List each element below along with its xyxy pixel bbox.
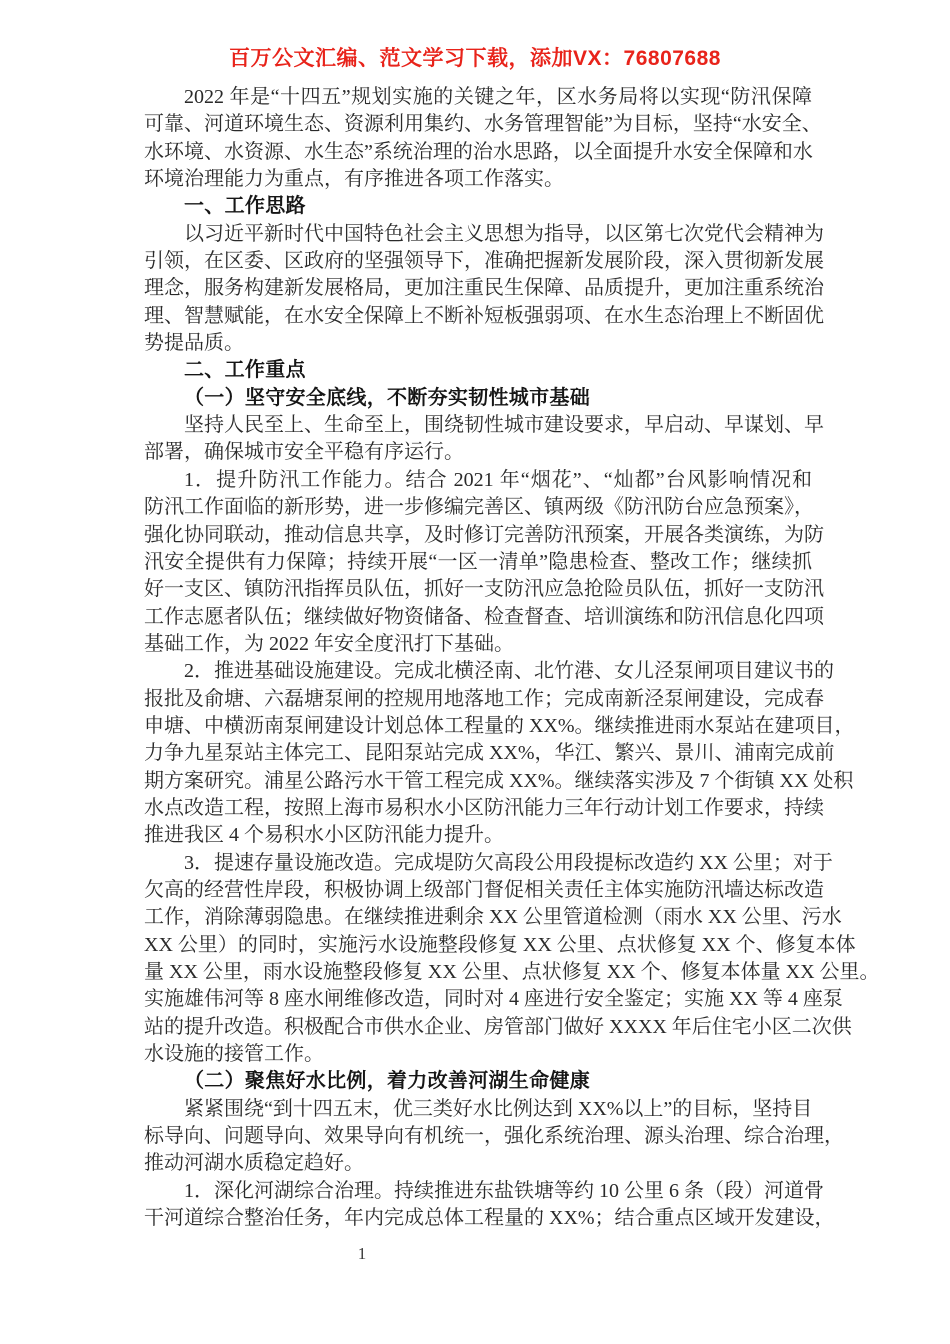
body-line: 紧紧围绕“到十四五末，优三类好水比例达到 XX%以上”的目标，坚持目 [144, 1096, 812, 1123]
heading-line: （二）聚焦好水比例，着力改善河湖生命健康 [144, 1068, 812, 1095]
body-line: 推动河湖水质稳定趋好。 [144, 1150, 812, 1177]
body-line: 部署，确保城市安全平稳有序运行。 [144, 439, 812, 466]
body-line: 以习近平新时代中国特色社会主义思想为指导，以区第七次党代会精神为 [144, 221, 812, 248]
body-line: 环境治理能力为重点，有序推进各项工作落实。 [144, 166, 812, 193]
body-line: 推进我区 4 个易积水小区防汛能力提升。 [144, 822, 812, 849]
document-page: 百万公文汇编、范文学习下载，添加VX：76807688 2022 年是“十四五”… [0, 0, 950, 1344]
body-line: 强化协同联动，推动信息共享，及时修订完善防汛预案，开展各类演练，为防 [144, 522, 812, 549]
body-line: 水点改造工程，按照上海市易积水小区防汛能力三年行动计划工作要求，持续 [144, 795, 812, 822]
body-line: 势提品质。 [144, 330, 812, 357]
body-line: 标导向、问题导向、效果导向有机统一，强化系统治理、源头治理、综合治理， [144, 1123, 812, 1150]
body-line: 量 XX 公里，雨水设施整段修复 XX 公里、点状修复 XX 个、修复本体量 X… [144, 959, 812, 986]
heading-line: （一）坚守安全底线，不断夯实韧性城市基础 [144, 385, 812, 412]
body-line: 1．深化河湖综合治理。持续推进东盐铁塘等约 10 公里 6 条（段）河道骨 [144, 1178, 812, 1205]
body-line: 站的提升改造。积极配合市供水企业、房管部门做好 XXXX 年后住宅小区二次供 [144, 1014, 812, 1041]
body-line: 防汛工作面临的新形势，进一步修编完善区、镇两级《防汛防台应急预案》， [144, 494, 812, 521]
body-line: 干河道综合整治任务，年内完成总体工程量的 XX%；结合重点区域开发建设， [144, 1205, 812, 1232]
body-line: 理念，服务构建新发展格局，更加注重民生保障、品质提升，更加注重系统治 [144, 275, 812, 302]
body-line: 2．推进基础设施建设。完成北横泾南、北竹港、女儿泾泵闸项目建议书的 [144, 658, 812, 685]
body-line: 水环境、水资源、水生态”系统治理的治水思路，以全面提升水安全保障和水 [144, 139, 812, 166]
body-line: 欠高的经营性岸段，积极协调上级部门督促相关责任主体实施防汛墙达标改造 [144, 877, 812, 904]
page-number: 1 [350, 1244, 374, 1264]
body-line: 工作，消除薄弱隐患。在继续推进剩余 XX 公里管道检测（雨水 XX 公里、污水 [144, 904, 812, 931]
body-line: 工作志愿者队伍；继续做好物资储备、检查督查、培训演练和防汛信息化四项 [144, 604, 812, 631]
body-line: 水设施的接管工作。 [144, 1041, 812, 1068]
body-line: 汛安全提供有力保障；持续开展“一区一清单”隐患检查、整改工作；继续抓 [144, 549, 812, 576]
heading-line: 二、工作重点 [144, 357, 812, 384]
body-line: 引领，在区委、区政府的坚强领导下，准确把握新发展阶段，深入贯彻新发展 [144, 248, 812, 275]
header-notice: 百万公文汇编、范文学习下载，添加VX：76807688 [0, 42, 950, 72]
body-line: 基础工作，为 2022 年安全度汛打下基础。 [144, 631, 812, 658]
body-line: XX 公里）的同时，实施污水设施整段修复 XX 公里、点状修复 XX 个、修复本… [144, 932, 812, 959]
body-line: 期方案研究。浦星公路污水干管工程完成 XX%。继续落实涉及 7 个街镇 XX 处… [144, 768, 812, 795]
body-line: 2022 年是“十四五”规划实施的关键之年，区水务局将以实现“防汛保障 [144, 84, 812, 111]
body-line: 理、智慧赋能，在水安全保障上不断补短板强弱项、在水生态治理上不断固优 [144, 303, 812, 330]
body-line: 坚持人民至上、生命至上，围绕韧性城市建设要求，早启动、早谋划、早 [144, 412, 812, 439]
body-line: 报批及俞塘、六磊塘泵闸的控规用地落地工作；完成南新泾泵闸建设，完成春 [144, 686, 812, 713]
body-line: 力争九星泵站主体完工、昆阳泵站完成 XX%，华江、繁兴、景川、浦南完成前 [144, 740, 812, 767]
body-line: 可靠、河道环境生态、资源利用集约、水务管理智能”为目标，坚持“水安全、 [144, 111, 812, 138]
document-body: 2022 年是“十四五”规划实施的关键之年，区水务局将以实现“防汛保障可靠、河道… [144, 84, 812, 1232]
body-line: 3．提速存量设施改造。完成堤防欠高段公用段提标改造约 XX 公里；对于 [144, 850, 812, 877]
body-line: 实施雄伟河等 8 座水闸维修改造，同时对 4 座进行安全鉴定；实施 XX 等 4… [144, 986, 812, 1013]
body-line: 申塘、中横沥南泵闸建设计划总体工程量的 XX%。继续推进雨水泵站在建项目， [144, 713, 812, 740]
body-line: 好一支区、镇防汛指挥员队伍，抓好一支防汛应急抢险员队伍，抓好一支防汛 [144, 576, 812, 603]
heading-line: 一、工作思路 [144, 193, 812, 220]
body-line: 1．提升防汛工作能力。结合 2021 年“烟花”、“灿都”台风影响情况和 [144, 467, 812, 494]
